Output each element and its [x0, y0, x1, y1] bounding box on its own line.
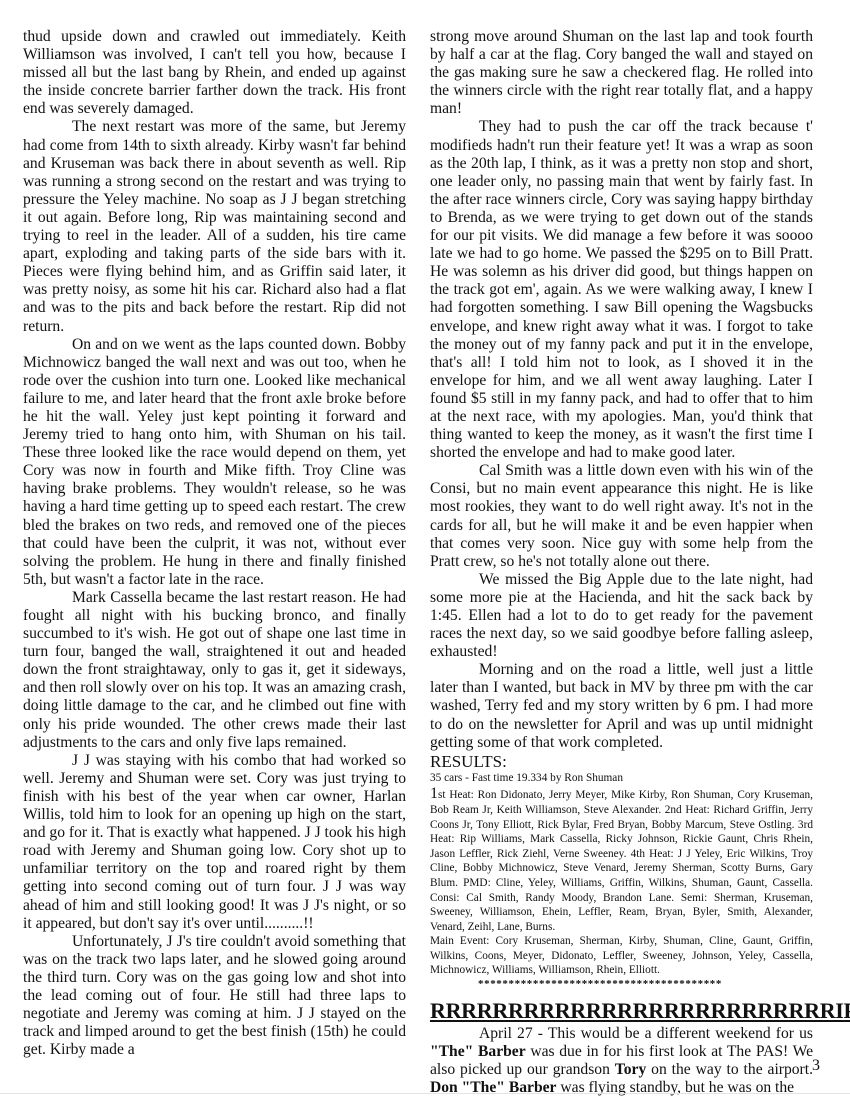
paragraph: The next restart was more of the same, b…: [23, 118, 406, 335]
paragraph: strong move around Shuman on the last la…: [430, 28, 813, 118]
text-span: on the way to the airport.: [646, 1061, 813, 1078]
left-column: thud upside down and crawled out immedia…: [23, 28, 406, 1059]
paragraph: On and on we went as the laps counted do…: [23, 336, 406, 589]
page-number: 3: [812, 1057, 820, 1075]
paragraph: Unfortunately, J J's tire couldn't avoid…: [23, 933, 406, 1060]
results-heading: RESULTS:: [430, 752, 813, 771]
results-body: 35 cars - Fast time 19.334 by Ron Shuman…: [430, 771, 813, 991]
paragraph: thud upside down and crawled out immedia…: [23, 28, 406, 118]
heats-first-char: 1: [430, 785, 438, 802]
paragraph: Mark Cassella became the last restart re…: [23, 589, 406, 752]
final-intro: April 27 - This would be a different wee…: [479, 1025, 813, 1042]
results-section: RESULTS: 35 cars - Fast time 19.334 by R…: [430, 752, 813, 991]
bold-name: "The" Barber: [430, 1043, 526, 1060]
newsletter-page: thud upside down and crawled out immedia…: [0, 0, 850, 1100]
paragraph: We missed the Big Apple due to the late …: [430, 571, 813, 661]
paragraph: J J was staying with his combo that had …: [23, 752, 406, 933]
paragraph: Morning and on the road a little, well j…: [430, 661, 813, 751]
heats-text: st Heat: Ron Didonato, Jerry Meyer, Mike…: [430, 789, 813, 932]
right-column: strong move around Shuman on the last la…: [430, 28, 813, 1097]
paragraph: April 27 - This would be a different wee…: [430, 1025, 813, 1097]
fast-time: 35 cars - Fast time 19.334 by Ron Shuman: [430, 771, 813, 786]
main-event-results: Main Event: Cory Kruseman, Sherman, Kirb…: [430, 934, 813, 978]
bottom-edge-line: [0, 1093, 850, 1094]
rip-heading: RRRRRRRRRRRRRRRRRRRRRRRRRRIP!!!!!: [430, 997, 813, 1025]
paragraph: Cal Smith was a little down even with hi…: [430, 462, 813, 571]
paragraph: They had to push the car off the track b…: [430, 118, 813, 462]
heat-results: 1st Heat: Ron Didonato, Jerry Meyer, Mik…: [430, 787, 813, 934]
bold-name: Tory: [615, 1061, 646, 1078]
separator: ****************************************: [430, 978, 813, 991]
